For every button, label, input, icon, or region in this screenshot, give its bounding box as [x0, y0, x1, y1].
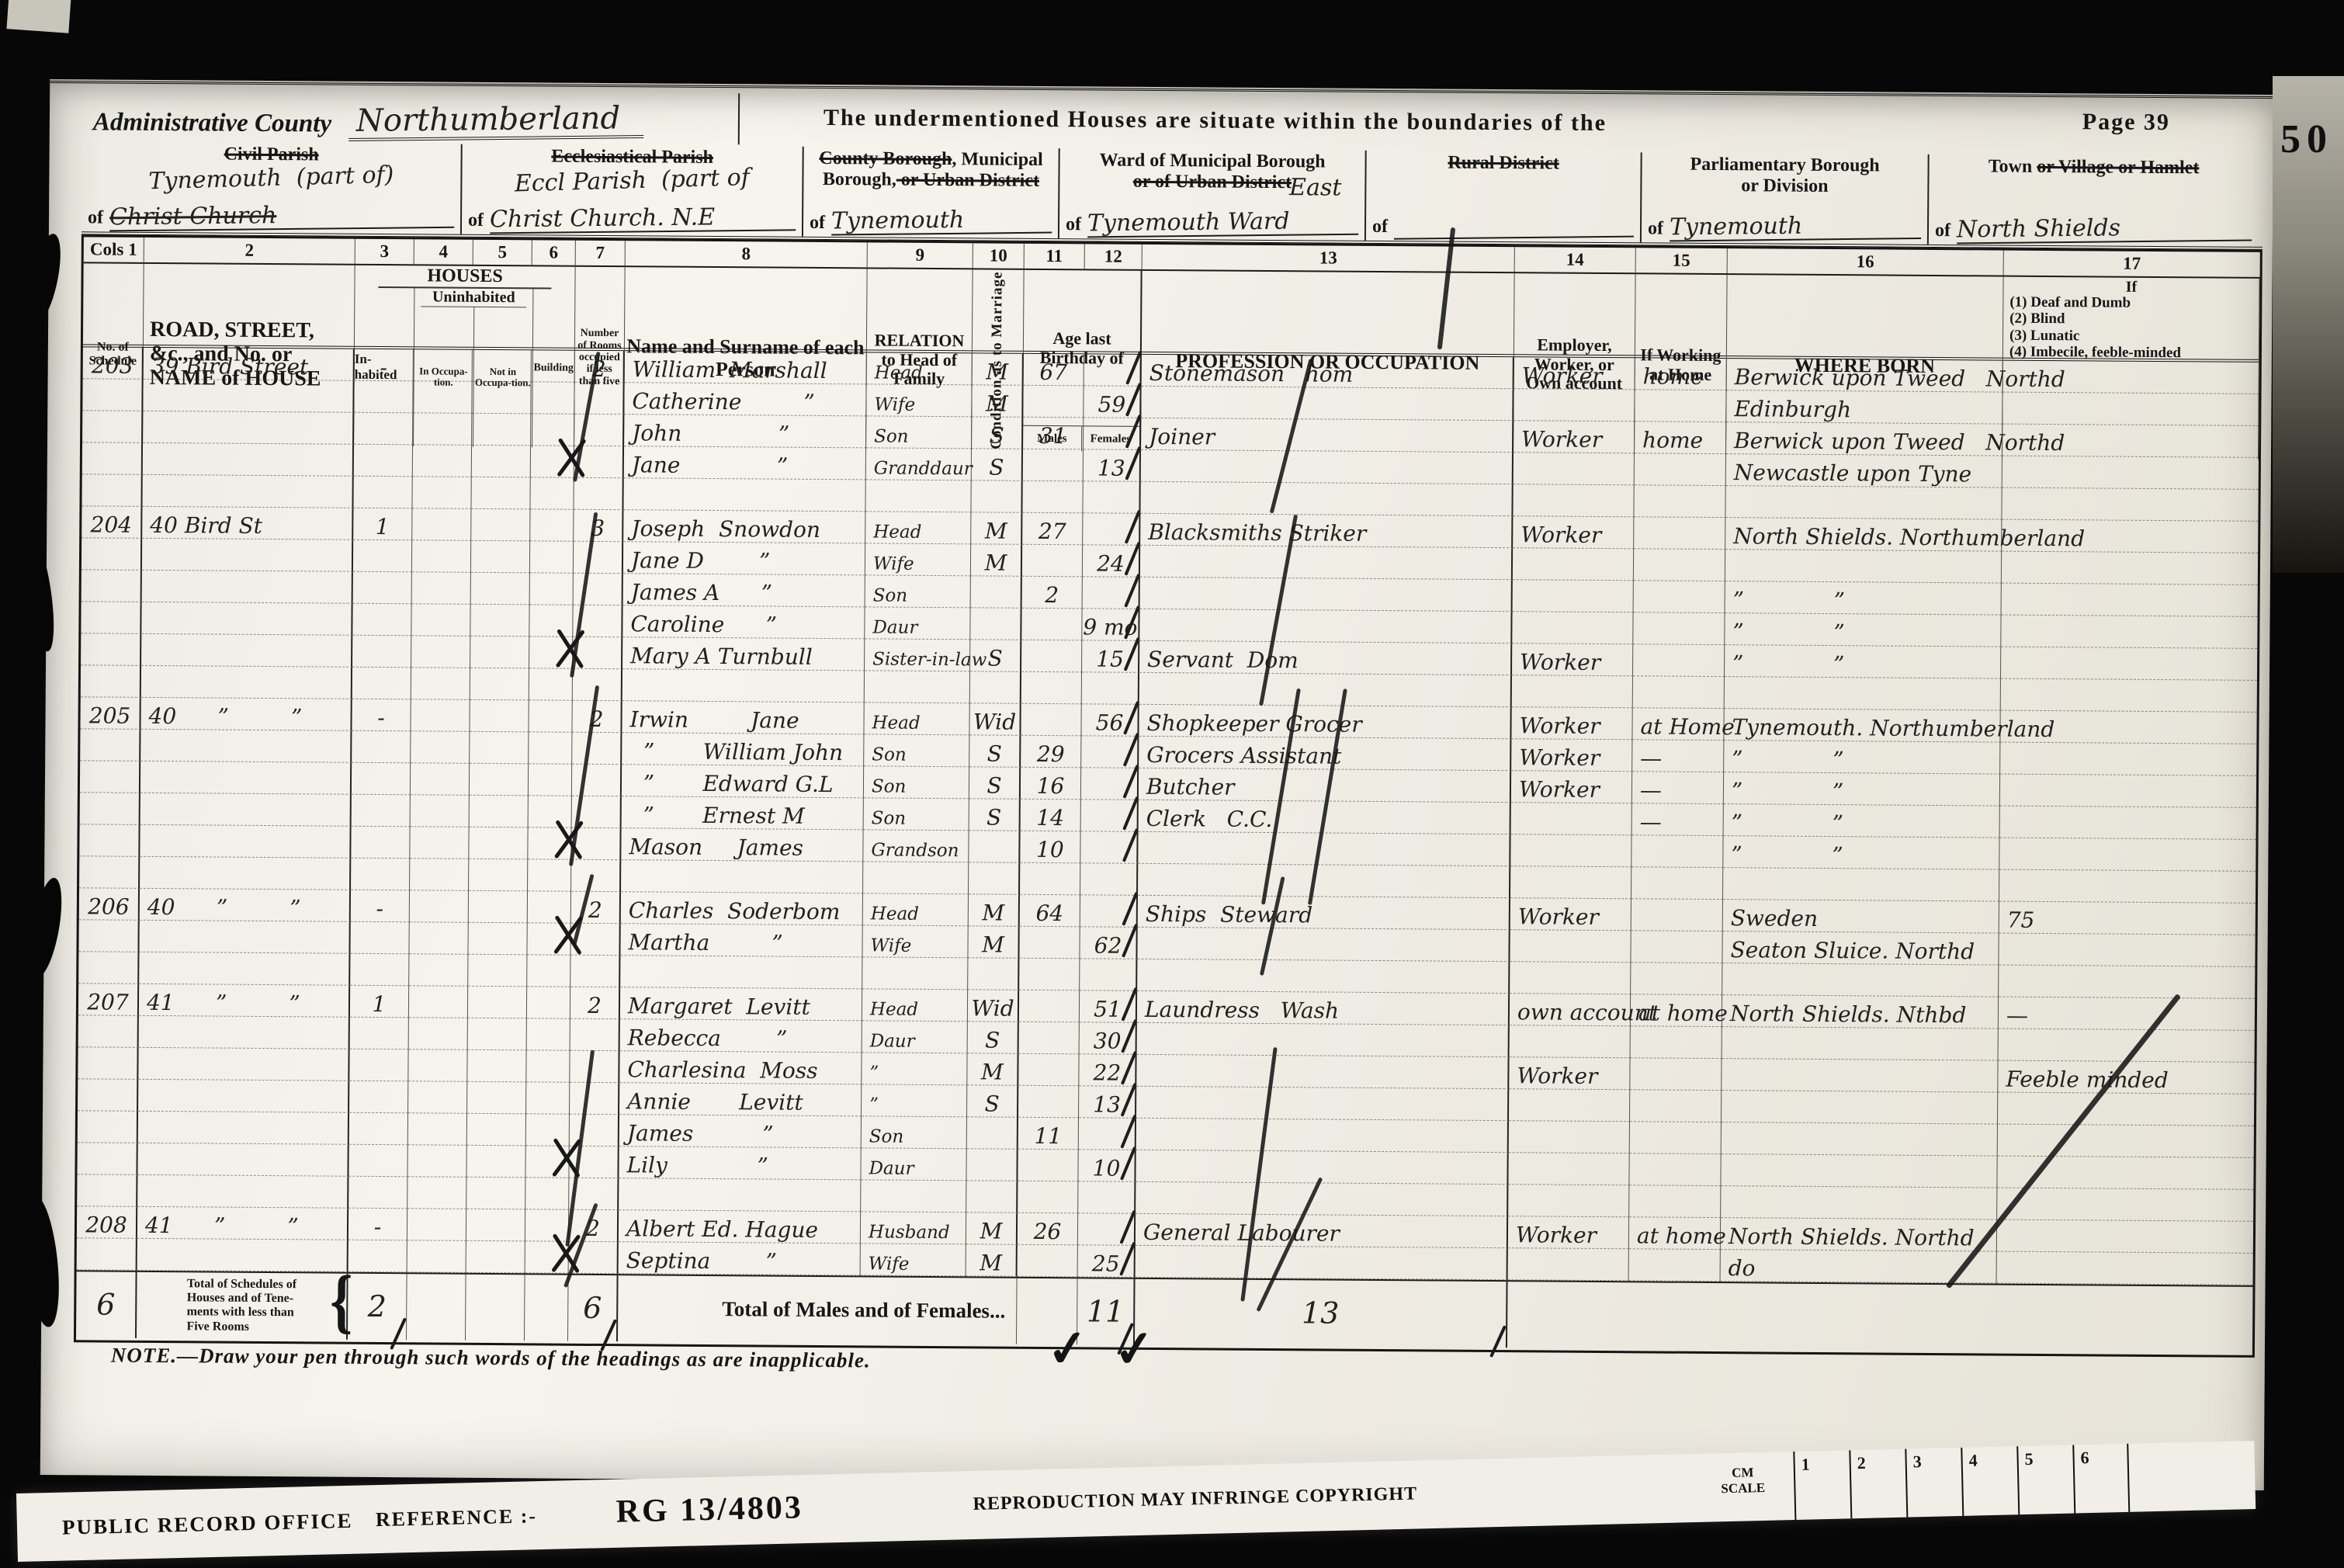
- cell-emp: [1509, 1121, 1630, 1153]
- cell-am: 64: [1020, 895, 1080, 928]
- cell-hm: [1633, 676, 1725, 709]
- cell-r: [569, 1242, 619, 1274]
- col-number: 8: [626, 241, 868, 267]
- cell-n: [470, 700, 529, 733]
- cell-occ: Shopkeeper Grocer: [1139, 705, 1511, 739]
- cell-a: [143, 380, 354, 413]
- cell-emp: [1510, 866, 1631, 899]
- cell-b: [526, 1050, 570, 1082]
- cell-i: [350, 922, 409, 955]
- cell-s: 208: [77, 1206, 137, 1239]
- col-number: 12: [1085, 244, 1143, 269]
- cell-r: 2: [569, 1210, 619, 1242]
- cell-am: 29: [1021, 736, 1081, 768]
- cell-am: [1023, 386, 1084, 418]
- cell-b: [530, 541, 574, 573]
- cell-c: [966, 1181, 1018, 1212]
- cell-hm: [1633, 612, 1725, 645]
- cell-o: [411, 604, 470, 637]
- cell-occ: [1140, 546, 1513, 580]
- ward-label: Ward of Municipal Borough: [1100, 150, 1326, 172]
- cell-s: [78, 1015, 139, 1048]
- cell-hm: [1634, 581, 1725, 613]
- cell-i: [349, 1113, 408, 1146]
- cell-rel: Grandson: [863, 830, 969, 862]
- cell-inf: [2001, 679, 2257, 713]
- cell-af: 24: [1083, 545, 1140, 578]
- col-number: 10: [973, 243, 1025, 268]
- cell-c: [969, 831, 1020, 862]
- cell-n: [467, 1082, 526, 1115]
- cell-i: [350, 1018, 409, 1050]
- cell-s: [78, 1079, 138, 1112]
- cell-hm: [1631, 963, 1722, 995]
- cell-c: M: [971, 512, 1022, 544]
- cell-s: [82, 379, 143, 411]
- cell-af: [1081, 800, 1139, 832]
- cell-occ: General Labourer: [1136, 1214, 1508, 1248]
- cell-born: Seaton Sluice. Northd: [1722, 931, 1999, 965]
- cell-hm: [1629, 1153, 1721, 1186]
- cell-a: [140, 825, 351, 859]
- cell-af: [1081, 768, 1139, 800]
- cell-c: M: [973, 353, 1024, 385]
- cell-r: [572, 765, 622, 796]
- cell-r: [570, 1019, 620, 1051]
- borough-label2-struck: or Urban District: [896, 170, 1039, 191]
- cell-af: [1083, 513, 1140, 546]
- cell-i: 1: [350, 986, 409, 1018]
- cell-i: [354, 381, 413, 414]
- cell-nm: ” William John: [622, 733, 864, 766]
- cell-s: [78, 952, 139, 984]
- cell-rel: Wife: [861, 1244, 966, 1276]
- cell-a: [137, 1175, 348, 1209]
- cell-nm: Caroline ”: [622, 605, 865, 639]
- cell-born: [1722, 1027, 1999, 1060]
- cell-rel: Husband: [861, 1212, 966, 1244]
- cell-am: 67: [1024, 354, 1084, 387]
- cell-hm: —: [1632, 772, 1724, 804]
- cell-c: [967, 1117, 1018, 1149]
- census-table: Cols 1234567891011121314151617 No. of Sc…: [74, 234, 2263, 1358]
- cell-c: [971, 480, 1022, 512]
- cell-s: [78, 1047, 138, 1080]
- cell-emp: [1511, 803, 1632, 835]
- cell-a: [138, 1112, 349, 1145]
- col-number: 11: [1025, 244, 1085, 269]
- cell-n: [470, 796, 529, 828]
- cell-inf: 75: [1999, 902, 2256, 935]
- cell-b: [527, 1018, 570, 1050]
- civil-parish-value1: Tynemouth (part of): [86, 161, 456, 195]
- cell-r: [570, 924, 620, 956]
- cell-i: [352, 668, 411, 700]
- cell-nm: [620, 956, 862, 989]
- cell-af: 9 mo: [1082, 609, 1139, 641]
- cell-occ: Blacksmiths Striker: [1140, 514, 1513, 548]
- cell-n: [472, 382, 531, 415]
- cell-inf: [1998, 1093, 2254, 1126]
- cell-a: [140, 857, 351, 890]
- cell-born: Tynemouth. Northumberland: [1724, 709, 2000, 742]
- col-number: 3: [355, 239, 414, 265]
- cell-am: [1019, 959, 1080, 991]
- cell-hm: home: [1635, 358, 1727, 390]
- cell-hm: at home: [1629, 1217, 1721, 1250]
- cell-am: 14: [1021, 800, 1081, 832]
- cell-n: [466, 1146, 525, 1178]
- borough-label: , Municipal: [952, 149, 1043, 170]
- cell-i: [353, 540, 412, 573]
- cell-n: [470, 732, 529, 765]
- census-page: Administrative County Northumberland The…: [40, 79, 2273, 1490]
- col-number: 6: [532, 240, 576, 265]
- cell-n: [471, 509, 530, 542]
- cell-c: M: [968, 926, 1019, 958]
- cell-emp: own account: [1510, 994, 1631, 1026]
- cell-o: [412, 572, 471, 605]
- cell-inf: [2002, 520, 2258, 553]
- cell-r: [573, 605, 622, 637]
- cell-i: [352, 763, 411, 796]
- cell-af: [1083, 577, 1140, 609]
- cell-i: [348, 1177, 407, 1209]
- cell-a: [140, 761, 352, 795]
- cell-am: [1018, 1245, 1078, 1278]
- cell-inf: [1999, 1029, 2255, 1063]
- cell-am: [1018, 1086, 1079, 1119]
- cell-c: S: [972, 449, 1023, 480]
- cell-born: ” ”: [1724, 741, 2000, 774]
- cell-rel: Son: [862, 1116, 967, 1149]
- cell-emp: [1509, 1089, 1630, 1122]
- cell-rel: [861, 1180, 966, 1212]
- cell-n: [472, 414, 531, 446]
- cell-af: [1081, 736, 1139, 768]
- cell-r: [572, 796, 622, 828]
- cell-c: Wid: [968, 990, 1019, 1022]
- cell-b: [528, 859, 571, 891]
- cell-b: [529, 796, 572, 827]
- cell-occ: [1139, 609, 1512, 644]
- cell-hm: [1634, 485, 1725, 518]
- ward-section: Ward of Municipal Borough or of Urban Di…: [1059, 148, 1367, 241]
- cell-am: 26: [1018, 1213, 1078, 1246]
- cell-rel: Head: [867, 352, 973, 385]
- totals-label: Total of Schedules of Houses and of Tene…: [137, 1272, 348, 1340]
- cell-a: [138, 1048, 349, 1081]
- cell-o: [413, 381, 472, 414]
- cell-am: [1021, 609, 1082, 641]
- cell-o: [412, 508, 471, 541]
- cell-s: 205: [80, 697, 140, 730]
- cell-r: [574, 478, 623, 510]
- cell-af: 62: [1080, 927, 1137, 959]
- cell-occ: [1137, 1023, 1510, 1057]
- cell-b: [525, 1146, 569, 1178]
- total-schedules-value: 6: [96, 1290, 115, 1320]
- cell-o: [411, 731, 470, 764]
- cell-a: [137, 1239, 348, 1272]
- cell-nm: [622, 669, 865, 702]
- cell-c: M: [972, 385, 1023, 417]
- cell-af: 30: [1080, 1022, 1137, 1055]
- cell-hm: [1631, 867, 1723, 900]
- cell-emp: [1514, 389, 1635, 421]
- pen-check-mark: ✓: [1044, 1319, 1091, 1380]
- cell-af: 59: [1084, 386, 1141, 418]
- of-word: of: [1066, 214, 1081, 235]
- cell-af: 10: [1078, 1150, 1136, 1182]
- cell-nm: Jane ”: [624, 446, 866, 480]
- cell-emp: Worker: [1512, 644, 1633, 676]
- cell-rel: Son: [864, 734, 969, 767]
- cell-nm: Annie Levitt: [619, 1083, 862, 1116]
- cell-a: [143, 443, 354, 477]
- cell-af: [1080, 863, 1138, 896]
- cell-emp: [1510, 930, 1631, 963]
- cell-hm: [1631, 931, 1722, 963]
- cell-a: [141, 634, 352, 668]
- cell-rel: Son: [865, 575, 971, 608]
- cell-af: [1084, 418, 1141, 450]
- cell-hm: [1635, 453, 1726, 486]
- cell-nm: Charles Soderbom: [621, 892, 863, 925]
- houses-title: HOUSES: [378, 265, 551, 290]
- cell-s: [82, 411, 143, 443]
- cell-i: [349, 1081, 408, 1114]
- cell-am: 27: [1022, 513, 1083, 546]
- cell-r: [571, 860, 621, 892]
- cell-born: Berwick upon Tweed Northd: [1726, 422, 2002, 456]
- cell-c: [969, 862, 1020, 894]
- admin-county-box: Administrative County Northumberland: [82, 88, 740, 144]
- cell-o: [409, 922, 468, 955]
- cell-born: [1725, 550, 2002, 583]
- cell-i: [352, 604, 411, 637]
- cell-am: 10: [1020, 831, 1080, 864]
- cell-n: [470, 764, 529, 796]
- cell-hm: [1629, 1249, 1721, 1282]
- cell-b: [529, 732, 572, 764]
- cell-i: [350, 954, 409, 987]
- cell-born: [1722, 1122, 1998, 1156]
- cell-nm: Charlesina Moss: [619, 1051, 862, 1084]
- cell-b: [528, 891, 571, 923]
- cell-b: [529, 605, 573, 637]
- cell-inf: [1998, 1125, 2254, 1158]
- cell-r: [570, 956, 620, 987]
- cell-n: [466, 1178, 525, 1210]
- cell-nm: James ”: [619, 1115, 862, 1148]
- cell-o: [409, 1018, 468, 1050]
- cell-a: [139, 1016, 350, 1049]
- town-label-struck: or Village or Hamlet: [2037, 157, 2199, 178]
- cell-b: [529, 668, 573, 700]
- cell-n: [472, 446, 531, 478]
- cell-i: [349, 1049, 408, 1082]
- cell-rel: Head: [864, 702, 969, 735]
- of-word: of: [810, 213, 825, 234]
- total-males-females-label: Total of Males and of Females...: [618, 1275, 1018, 1344]
- cell-emp: Worker: [1514, 421, 1635, 453]
- cell-am: [1018, 1181, 1078, 1214]
- cell-a: [142, 571, 353, 604]
- cell-hm: [1630, 1090, 1722, 1122]
- of-word: of: [468, 210, 484, 231]
- cell-r: [571, 828, 621, 860]
- cell-occ: [1137, 928, 1510, 962]
- cell-inf: [1999, 966, 2255, 999]
- cell-a: 41 ” ”: [139, 984, 350, 1018]
- cell-inf: [1999, 870, 2256, 904]
- cell-o: [411, 795, 470, 827]
- col-number: 15: [1636, 248, 1728, 273]
- cell-r: [570, 1115, 619, 1147]
- cell-i: -: [355, 349, 414, 382]
- cell-af: [1080, 831, 1138, 864]
- borough-label-struck: County Borough: [819, 148, 952, 169]
- cell-c: M: [966, 1244, 1018, 1276]
- cell-n: [469, 827, 528, 860]
- cm-scale-cell: 1: [1793, 1450, 1850, 1520]
- cell-i: 1: [353, 508, 412, 541]
- undermentioned-text: The undermentioned Houses are situate wi…: [824, 105, 1607, 137]
- cell-occ: Joiner: [1141, 418, 1514, 453]
- cell-nm: Jane D ”: [623, 542, 865, 575]
- col-number: 14: [1515, 247, 1636, 272]
- cell-emp: Worker: [1509, 1057, 1630, 1090]
- cell-born: North Shields. Northd: [1721, 1218, 1997, 1251]
- cell-a: [140, 793, 352, 827]
- cell-s: [81, 665, 141, 698]
- cell-c: S: [967, 1085, 1018, 1117]
- cell-hm: [1635, 390, 1726, 422]
- ecclesiastical-parish-section: Ecclesiastical Parish Eccl Parish (part …: [462, 144, 804, 237]
- cell-hm: [1630, 1058, 1722, 1091]
- cell-emp: [1508, 1153, 1629, 1185]
- cell-nm: Albert Ed. Hague: [619, 1210, 861, 1244]
- cell-af: [1079, 1118, 1136, 1150]
- cell-occ: [1137, 959, 1510, 994]
- cell-born: [1722, 1091, 1998, 1124]
- cell-born: [1725, 677, 2001, 710]
- col-number: 13: [1143, 245, 1515, 272]
- cell-rel: Wife: [865, 543, 971, 576]
- cell-o: [411, 763, 470, 796]
- cell-rel: [865, 480, 971, 512]
- cell-c: S: [970, 640, 1021, 671]
- cell-r: [574, 383, 624, 415]
- cell-s: 204: [81, 506, 142, 539]
- cell-n: [466, 1241, 525, 1274]
- ward-value-east: East: [1289, 176, 1341, 199]
- cell-n: [471, 477, 530, 510]
- cell-nm: James A ”: [623, 574, 865, 607]
- cell-nm: Rebecca ”: [620, 1019, 862, 1053]
- cell-am: [1019, 1022, 1080, 1055]
- cell-occ: [1140, 482, 1513, 516]
- cell-am: [1018, 1150, 1078, 1182]
- cell-c: [970, 671, 1021, 703]
- cell-occ: [1138, 864, 1510, 898]
- cell-af: 56: [1081, 704, 1139, 737]
- cell-born: ” ”: [1724, 772, 2000, 806]
- cell-emp: [1513, 548, 1634, 581]
- cell-c: M: [969, 894, 1020, 926]
- cell-b: [530, 573, 574, 605]
- cell-c: [968, 958, 1019, 990]
- cell-s: [77, 1143, 137, 1175]
- cell-am: 2: [1022, 577, 1083, 609]
- cell-af: [1084, 354, 1142, 387]
- cell-af: [1080, 895, 1138, 928]
- cell-a: 39 Bird Street: [144, 348, 355, 381]
- cell-r: [574, 542, 623, 574]
- cell-inf: [1997, 1220, 2253, 1254]
- cell-emp: [1508, 1248, 1629, 1281]
- cell-r: [574, 446, 624, 478]
- cell-i: [354, 413, 413, 446]
- cell-nm: Martha ”: [620, 924, 862, 957]
- col-number: 16: [1728, 248, 2004, 275]
- total-rooms-value: 6: [583, 1293, 602, 1323]
- cell-am: [1021, 704, 1081, 737]
- cell-af: [1078, 1213, 1136, 1246]
- cell-nm: Lily ”: [619, 1147, 861, 1180]
- cell-emp: [1508, 1185, 1629, 1217]
- cell-inf: [2002, 584, 2258, 617]
- col-number: 5: [473, 240, 532, 265]
- cell-a: [141, 602, 352, 636]
- cell-nm: Irwin Jane: [622, 701, 864, 734]
- cell-s: 206: [79, 888, 140, 921]
- cell-hm: [1629, 1185, 1721, 1218]
- cell-occ: Grocers Assistant: [1139, 737, 1511, 771]
- cell-born: North Shields. Northumberland: [1725, 518, 2002, 551]
- cell-b: [531, 382, 574, 414]
- cell-inf: [2002, 456, 2259, 490]
- cell-c: S: [969, 735, 1021, 767]
- cm-scale-cell: 2: [1849, 1449, 1906, 1519]
- cell-inf: [1997, 1188, 2253, 1222]
- cell-occ: [1136, 1119, 1509, 1153]
- cell-emp: Worker: [1511, 771, 1632, 803]
- cell-am: [1022, 481, 1083, 514]
- cell-c: S: [969, 799, 1021, 831]
- cell-b: [527, 987, 570, 1018]
- cell-emp: [1512, 675, 1633, 708]
- cell-born: [1723, 868, 1999, 901]
- cell-b: [529, 637, 573, 668]
- cell-rel: Son: [866, 416, 972, 449]
- cell-o: [410, 859, 469, 891]
- cell-rel: Head: [865, 512, 971, 544]
- cell-i: [352, 636, 411, 668]
- cell-o: [412, 477, 471, 509]
- cell-rel: Sister-in-law: [865, 639, 970, 671]
- cell-am: 16: [1021, 768, 1081, 800]
- cell-a: 40 Bird St: [142, 507, 353, 540]
- cell-a: 41 ” ”: [137, 1207, 348, 1240]
- cell-emp: [1514, 453, 1635, 485]
- cell-s: [79, 856, 140, 889]
- cell-hm: [1631, 899, 1723, 931]
- cell-n: [470, 605, 529, 637]
- paper-corner-sliver: [6, 0, 71, 33]
- col-number: 17: [2004, 251, 2260, 277]
